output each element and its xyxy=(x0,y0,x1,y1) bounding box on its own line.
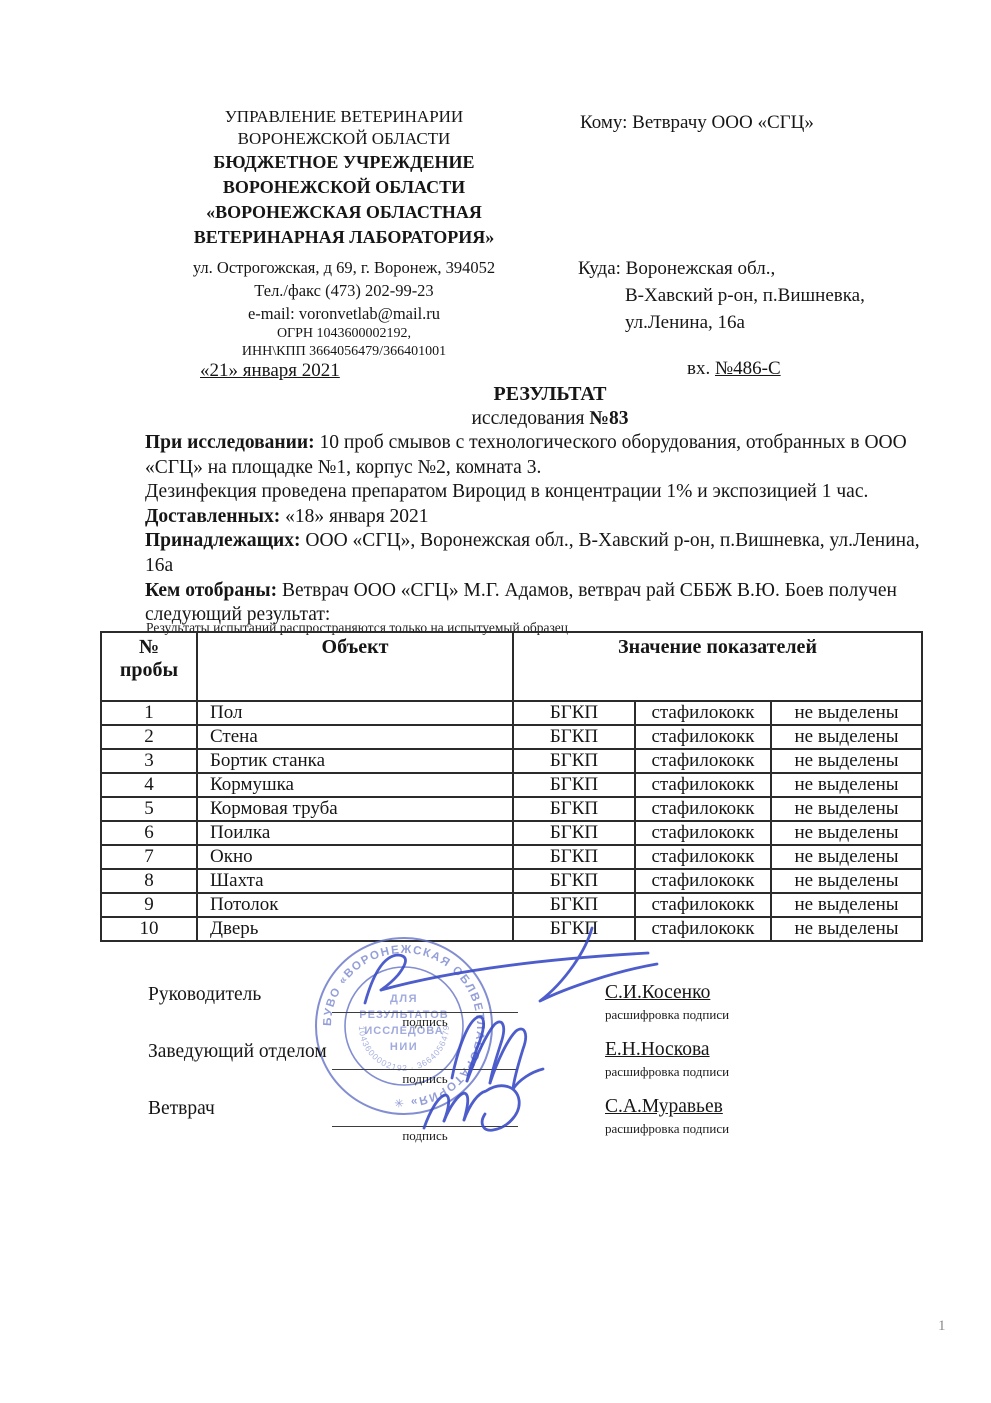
page-number: 1 xyxy=(938,1318,946,1335)
table-row: 9ПотолокБГКПстафилококкне выделены xyxy=(101,893,922,917)
incoming-number-value: №486-С xyxy=(715,358,781,379)
subtitle-prefix: исследования xyxy=(472,408,590,429)
table-row: 7ОкноБГКПстафилококкне выделены xyxy=(101,845,922,869)
department-line: ВОРОНЕЖСКОЙ ОБЛАСТИ xyxy=(168,128,520,150)
paragraph-disinfection: Дезинфекция проведена препаратом Вироцид… xyxy=(145,480,939,505)
org-name-line: БЮДЖЕТНОЕ УЧРЕЖДЕНИЕ xyxy=(168,150,520,175)
signature-ink-head xyxy=(490,1029,543,1089)
table-row: 5Кормовая трубаБГКПстафилококкне выделен… xyxy=(101,797,922,821)
document-page: УПРАВЛЕНИЕ ВЕТЕРИНАРИИ ВОРОНЕЖСКОЙ ОБЛАС… xyxy=(0,0,991,1403)
results-table: №пробы Объект Значение показателей 1ПолБ… xyxy=(100,631,923,942)
table-row: 6ПоилкаБГКПстафилококкне выделены xyxy=(101,821,922,845)
org-name-line: ВЕТЕРИНАРНАЯ ЛАБОРАТОРИЯ» xyxy=(168,225,520,250)
signature-ink-vet xyxy=(464,1086,519,1131)
document-subtitle: исследования №83 xyxy=(145,408,955,430)
org-ogrn: ОГРН 1043600002192, xyxy=(168,325,520,343)
incoming-prefix: вх. xyxy=(687,358,715,379)
letterhead: УПРАВЛЕНИЕ ВЕТЕРИНАРИИ ВОРОНЕЖСКОЙ ОБЛАС… xyxy=(168,106,520,250)
table-row: 2СтенаБГКПстафилококкне выделены xyxy=(101,725,922,749)
document-date: «21» января 2021 xyxy=(200,360,340,382)
header-object: Объект xyxy=(197,632,513,701)
signature-ink-vet xyxy=(424,1095,449,1128)
where-line: В-Хавский р-он, п.Вишневка, xyxy=(578,282,865,309)
department-line: УПРАВЛЕНИЕ ВЕТЕРИНАРИИ xyxy=(168,106,520,128)
org-name-line: ВОРОНЕЖСКОЙ ОБЛАСТИ xyxy=(168,175,520,200)
table-row: 1ПолБГКПстафилококкне выделены xyxy=(101,701,922,725)
recipient-where: Куда: Воронежская обл., В-Хавский р-он, … xyxy=(578,255,865,336)
recipient-to: Кому: Ветврачу ООО «СГЦ» xyxy=(580,112,814,134)
org-phone: Тел./факс (473) 202-99-23 xyxy=(168,279,520,302)
study-number: №83 xyxy=(589,408,628,429)
label-research: При исследовании: xyxy=(145,432,315,453)
where-line: Куда: Воронежская обл., xyxy=(578,255,865,282)
table-row: 8ШахтаБГКПстафилококкне выделены xyxy=(101,869,922,893)
label-delivered: Доставленных: xyxy=(145,506,280,527)
signature-ink-director xyxy=(381,953,648,990)
table-row: 4КормушкаБГКПстафилококкне выделены xyxy=(101,773,922,797)
paragraph-research: При исследовании: 10 проб смывов с техно… xyxy=(145,431,939,480)
signature-ink-head xyxy=(467,1022,504,1083)
incoming-number: вх. №486-С xyxy=(687,358,781,380)
contact-block: ул. Острогожская, д 69, г. Воронеж, 3940… xyxy=(168,256,520,361)
document-title: РЕЗУЛЬТАТ xyxy=(145,383,955,406)
signature-ink-director xyxy=(540,928,657,1001)
signature-ink-director xyxy=(365,955,406,1003)
where-line: ул.Ленина, 16а xyxy=(578,309,865,336)
org-name-line: «ВОРОНЕЖСКАЯ ОБЛАСТНАЯ xyxy=(168,200,520,225)
org-address: ул. Острогожская, д 69, г. Воронеж, 3940… xyxy=(168,256,520,279)
header-sample-number: №пробы xyxy=(101,632,197,701)
header-values: Значение показателей xyxy=(513,632,922,701)
label-belongs: Принадлежащих: xyxy=(145,530,301,551)
table-row: 3Бортик станкаБГКПстафилококкне выделены xyxy=(101,749,922,773)
paragraph-delivered: Доставленных: «18» января 2021 xyxy=(145,505,939,530)
handwritten-signatures xyxy=(300,920,690,1150)
table-header-row: №пробы Объект Значение показателей xyxy=(101,632,922,701)
signature-role: Руководитель xyxy=(148,984,261,1006)
org-inn: ИНН\КПП 3664056479/366401001 xyxy=(168,343,520,361)
signature-role: Ветврач xyxy=(148,1098,215,1120)
label-sampled-by: Кем отобраны: xyxy=(145,580,277,601)
paragraph-belongs: Принадлежащих: ООО «СГЦ», Воронежская об… xyxy=(145,529,939,578)
org-email: e-mail: voronvetlab@mail.ru xyxy=(168,302,520,325)
body-text: При исследовании: 10 проб смывов с техно… xyxy=(145,431,939,628)
